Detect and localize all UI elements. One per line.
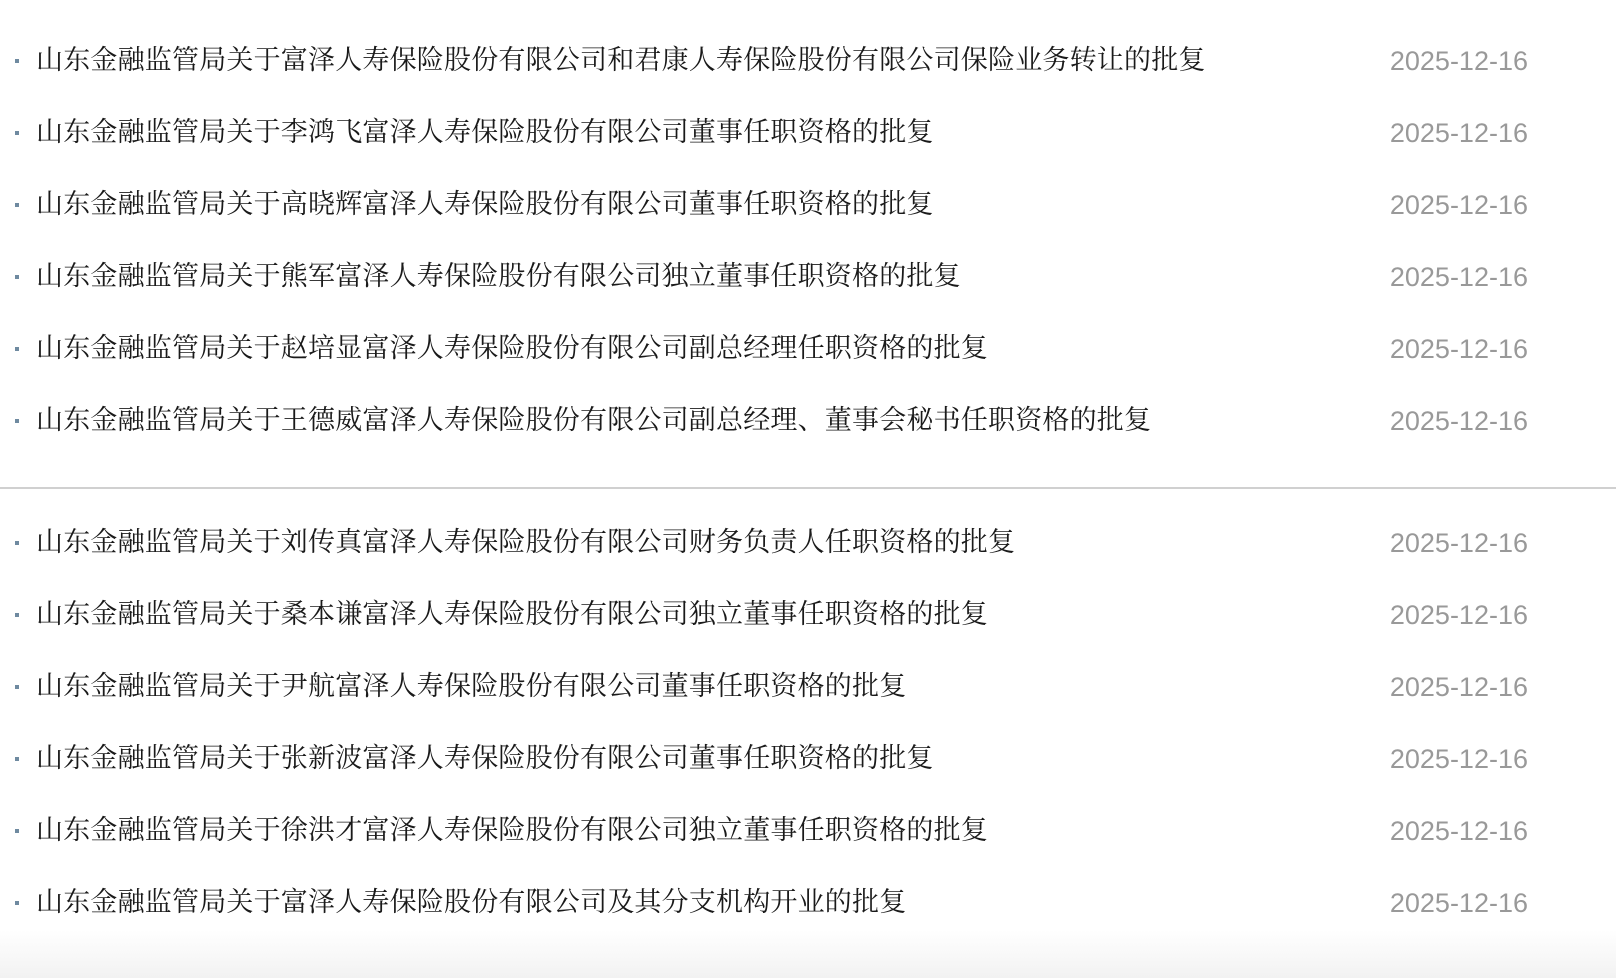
- notice-list-group-1: 山东金融监管局关于富泽人寿保险股份有限公司和君康人寿保险股份有限公司保险业务转让…: [0, 24, 1616, 456]
- square-bullet-icon: [15, 131, 19, 135]
- list-item[interactable]: 山东金融监管局关于熊军富泽人寿保险股份有限公司独立董事任职资格的批复 2025-…: [0, 240, 1616, 312]
- square-bullet-icon: [15, 419, 19, 423]
- list-item[interactable]: 山东金融监管局关于刘传真富泽人寿保险股份有限公司财务负责人任职资格的批复 202…: [0, 506, 1616, 578]
- list-item[interactable]: 山东金融监管局关于高晓辉富泽人寿保险股份有限公司董事任职资格的批复 2025-1…: [0, 168, 1616, 240]
- square-bullet-icon: [15, 685, 19, 689]
- notice-title-link[interactable]: 山东金融监管局关于富泽人寿保险股份有限公司和君康人寿保险股份有限公司保险业务转让…: [36, 44, 1206, 78]
- notice-title-link[interactable]: 山东金融监管局关于张新波富泽人寿保险股份有限公司董事任职资格的批复: [36, 742, 934, 776]
- square-bullet-icon: [15, 901, 19, 905]
- notice-date: 2025-12-16: [1390, 526, 1528, 560]
- square-bullet-icon: [15, 757, 19, 761]
- notice-date: 2025-12-16: [1390, 260, 1528, 294]
- notice-title-link[interactable]: 山东金融监管局关于尹航富泽人寿保险股份有限公司董事任职资格的批复: [36, 670, 906, 704]
- group-divider: [0, 487, 1616, 489]
- notice-date: 2025-12-16: [1390, 188, 1528, 222]
- notice-date: 2025-12-16: [1390, 598, 1528, 632]
- list-item[interactable]: 山东金融监管局关于赵培显富泽人寿保险股份有限公司副总经理任职资格的批复 2025…: [0, 312, 1616, 384]
- notice-date: 2025-12-16: [1390, 116, 1528, 150]
- notice-date: 2025-12-16: [1390, 814, 1528, 848]
- square-bullet-icon: [15, 347, 19, 351]
- notice-title-link[interactable]: 山东金融监管局关于王德威富泽人寿保险股份有限公司副总经理、董事会秘书任职资格的批…: [36, 404, 1151, 438]
- square-bullet-icon: [15, 613, 19, 617]
- square-bullet-icon: [15, 829, 19, 833]
- notice-title-link[interactable]: 山东金融监管局关于桑本谦富泽人寿保险股份有限公司独立董事任职资格的批复: [36, 598, 988, 632]
- square-bullet-icon: [15, 59, 19, 63]
- square-bullet-icon: [15, 275, 19, 279]
- list-item[interactable]: 山东金融监管局关于富泽人寿保险股份有限公司及其分支机构开业的批复 2025-12…: [0, 866, 1616, 938]
- notice-date: 2025-12-16: [1390, 742, 1528, 776]
- list-item[interactable]: 山东金融监管局关于徐洪才富泽人寿保险股份有限公司独立董事任职资格的批复 2025…: [0, 794, 1616, 866]
- list-item[interactable]: 山东金融监管局关于李鸿飞富泽人寿保险股份有限公司董事任职资格的批复 2025-1…: [0, 96, 1616, 168]
- notice-date: 2025-12-16: [1390, 332, 1528, 366]
- notice-title-link[interactable]: 山东金融监管局关于高晓辉富泽人寿保险股份有限公司董事任职资格的批复: [36, 188, 934, 222]
- notice-title-link[interactable]: 山东金融监管局关于熊军富泽人寿保险股份有限公司独立董事任职资格的批复: [36, 260, 961, 294]
- square-bullet-icon: [15, 541, 19, 545]
- list-item[interactable]: 山东金融监管局关于张新波富泽人寿保险股份有限公司董事任职资格的批复 2025-1…: [0, 722, 1616, 794]
- list-item[interactable]: 山东金融监管局关于富泽人寿保险股份有限公司和君康人寿保险股份有限公司保险业务转让…: [0, 24, 1616, 96]
- notice-title-link[interactable]: 山东金融监管局关于刘传真富泽人寿保险股份有限公司财务负责人任职资格的批复: [36, 526, 1015, 560]
- list-item[interactable]: 山东金融监管局关于尹航富泽人寿保险股份有限公司董事任职资格的批复 2025-12…: [0, 650, 1616, 722]
- notice-date: 2025-12-16: [1390, 44, 1528, 78]
- notice-date: 2025-12-16: [1390, 670, 1528, 704]
- list-item[interactable]: 山东金融监管局关于桑本谦富泽人寿保险股份有限公司独立董事任职资格的批复 2025…: [0, 578, 1616, 650]
- notice-date: 2025-12-16: [1390, 886, 1528, 920]
- notice-date: 2025-12-16: [1390, 404, 1528, 438]
- notice-title-link[interactable]: 山东金融监管局关于徐洪才富泽人寿保险股份有限公司独立董事任职资格的批复: [36, 814, 988, 848]
- notice-title-link[interactable]: 山东金融监管局关于赵培显富泽人寿保险股份有限公司副总经理任职资格的批复: [36, 332, 988, 366]
- notice-title-link[interactable]: 山东金融监管局关于李鸿飞富泽人寿保险股份有限公司董事任职资格的批复: [36, 116, 934, 150]
- notice-title-link[interactable]: 山东金融监管局关于富泽人寿保险股份有限公司及其分支机构开业的批复: [36, 886, 906, 920]
- notice-list-group-2: 山东金融监管局关于刘传真富泽人寿保险股份有限公司财务负责人任职资格的批复 202…: [0, 506, 1616, 938]
- list-item[interactable]: 山东金融监管局关于王德威富泽人寿保险股份有限公司副总经理、董事会秘书任职资格的批…: [0, 384, 1616, 456]
- square-bullet-icon: [15, 203, 19, 207]
